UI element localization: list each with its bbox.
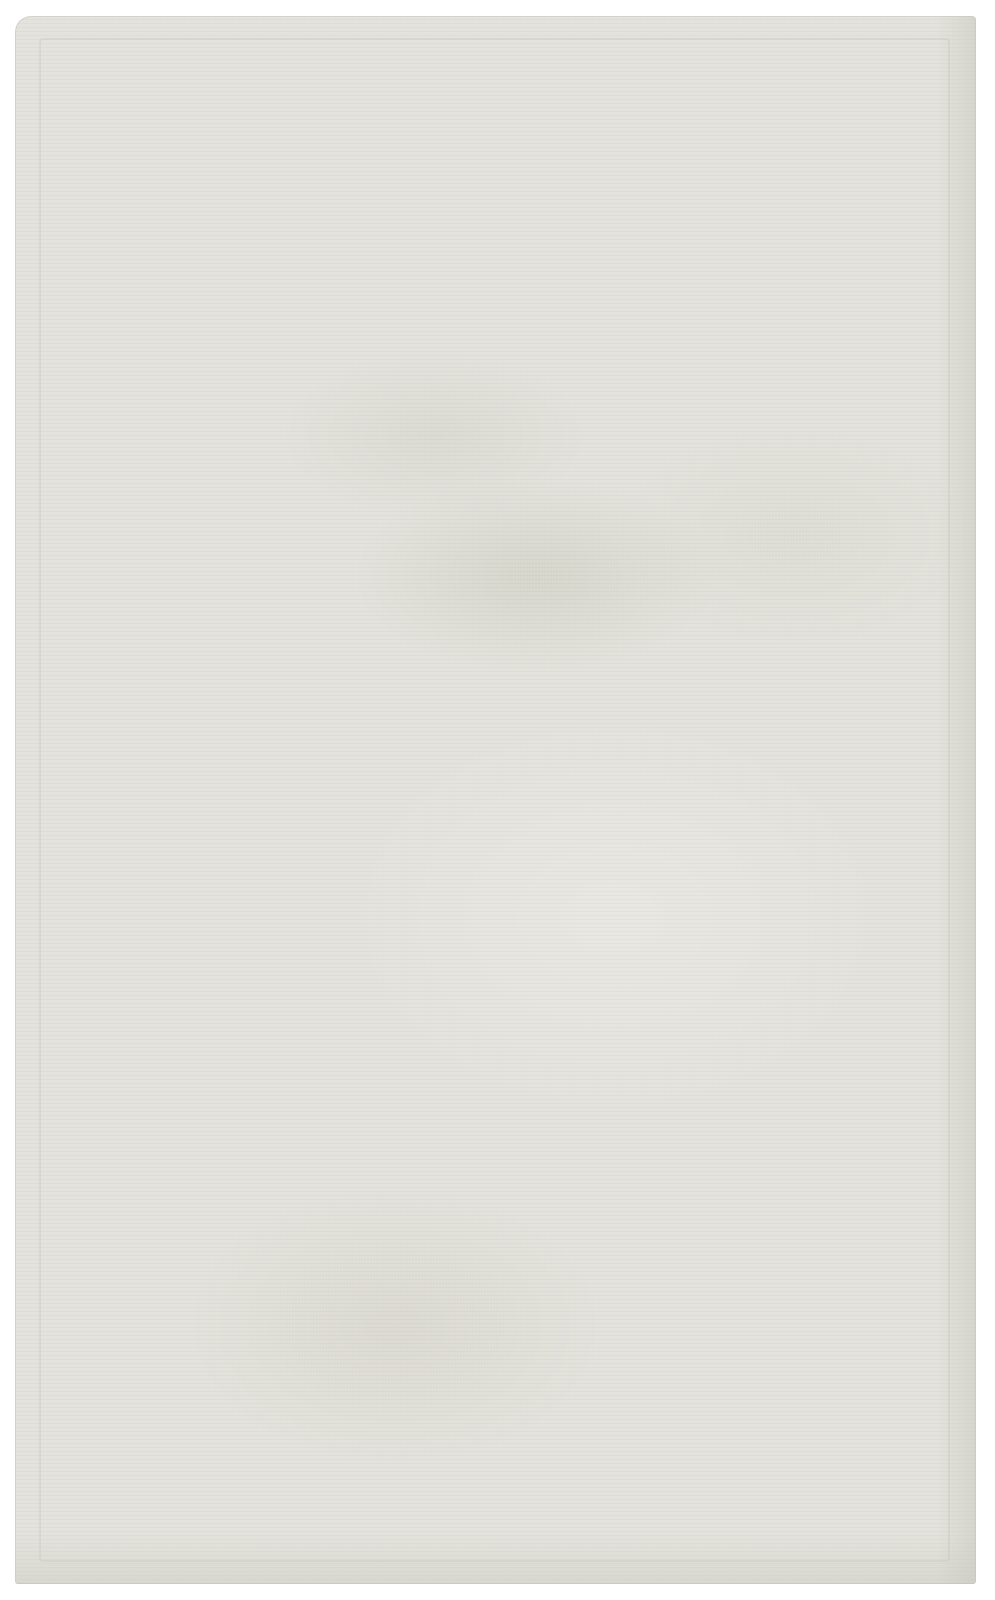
rug-border-band	[39, 38, 950, 1562]
rug-edge-shadow-bottom	[15, 1534, 976, 1584]
rug	[15, 16, 976, 1584]
rug-edge-shadow-right	[936, 16, 976, 1584]
